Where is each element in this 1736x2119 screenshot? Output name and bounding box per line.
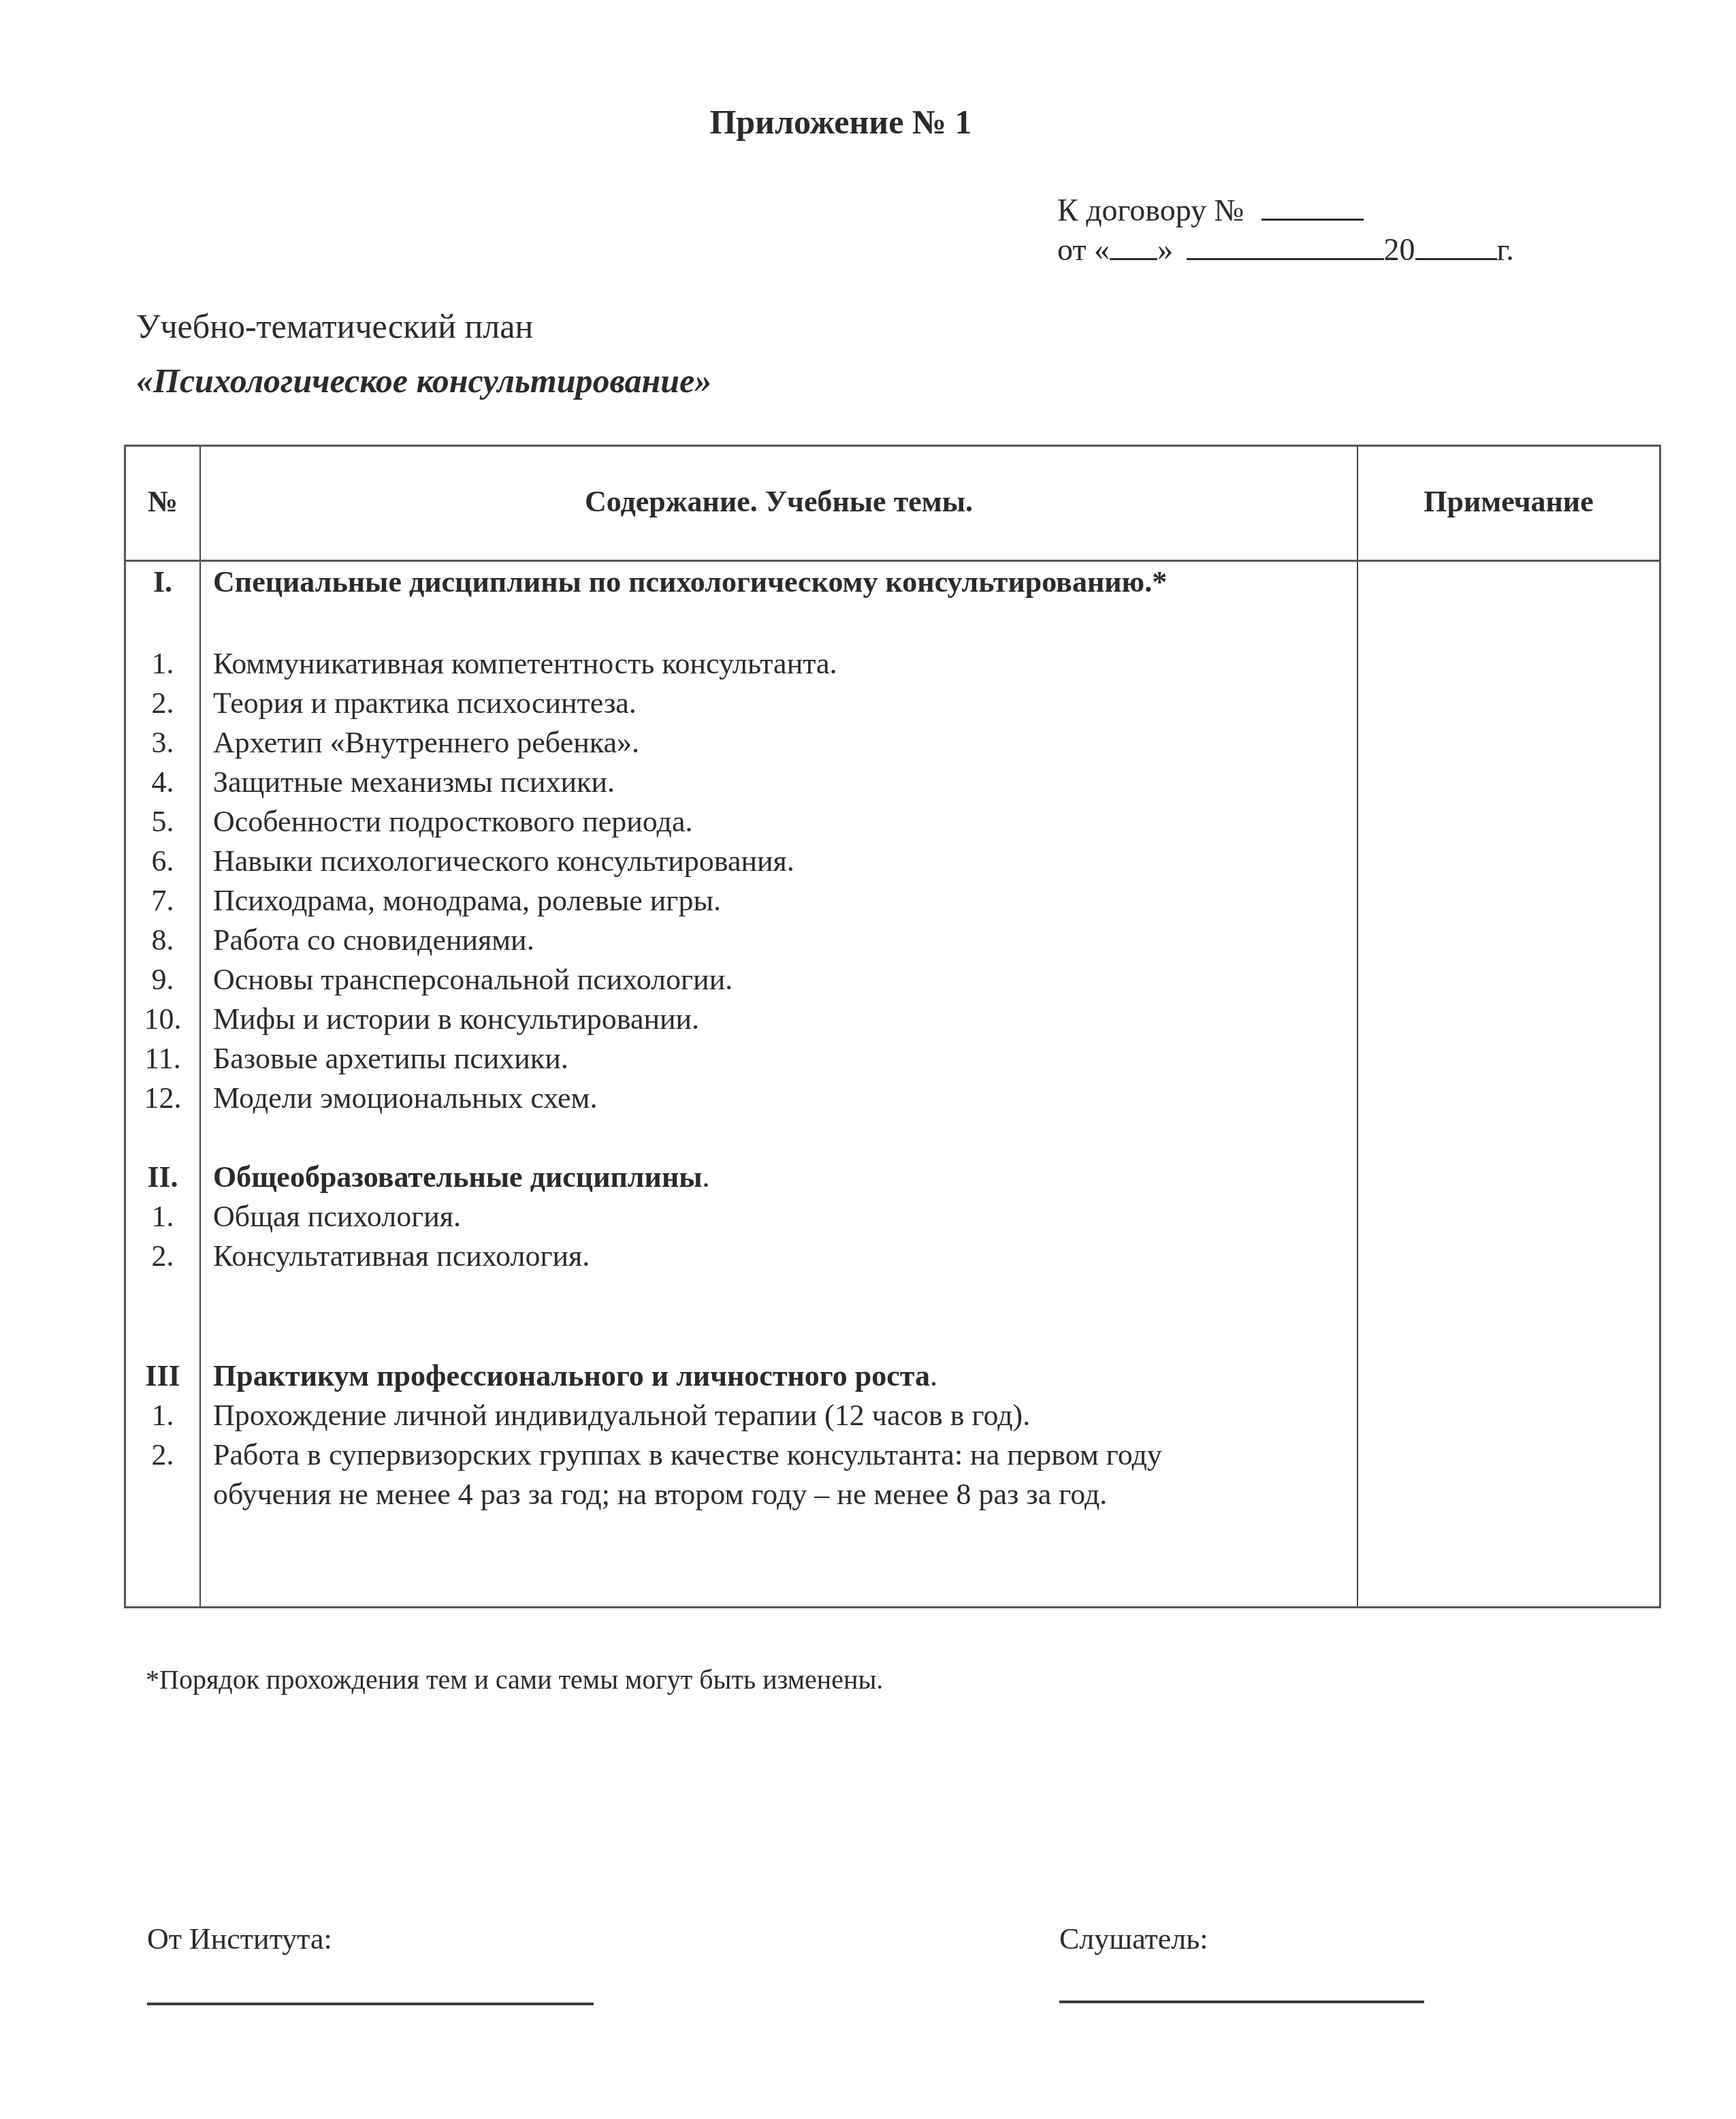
institute-signature-label: От Института: [147,1922,332,1956]
topic-number: 5. [126,802,199,842]
footnote: *Порядок прохождения тем и сами темы мог… [146,1663,883,1695]
topic-row: 1.Прохождение личной индивидуальной тера… [126,1396,1659,1435]
topic-text: обучения не менее 4 раз за год; на второ… [213,1475,1107,1514]
topic-number: 1. [126,1197,199,1237]
section-row: I. Специальные дисциплины по психологиче… [126,562,1659,602]
section-title: Специальные дисциплины по психологическо… [213,562,1167,602]
topic-row: 4.Защитные механизмы психики. [126,763,1659,802]
contract-month-blank[interactable] [1187,236,1384,260]
section-title-suffix: . [703,1160,710,1194]
topic-number: 8. [126,921,199,960]
topic-text: Навыки психологического консультирования… [213,842,794,881]
section-number: III [126,1356,199,1396]
topic-text: Мифы и истории в консультировании. [213,1000,699,1039]
topic-row: 2.Теория и практика психосинтеза. [126,684,1659,723]
topic-number: 9. [126,960,199,1000]
topic-number: 2. [126,684,199,723]
topic-number: 7. [126,881,199,921]
header-number: № [126,484,199,519]
listener-signature-label: Слушатель: [1059,1922,1208,1956]
header-divider [126,560,1659,562]
topic-row: 7.Психодрама, монодрама, ролевые игры. [126,881,1659,921]
contract-year-blank[interactable] [1415,236,1497,260]
topic-text: Общая психология. [213,1197,461,1237]
topic-text: Основы трансперсональной психологии. [213,960,733,1000]
topic-text: Работа в супервизорских группах в качест… [213,1435,1162,1475]
contract-date-line: от «» 20г. [1057,230,1514,270]
section-row: II. Общеобразовательные дисциплины. [126,1158,1659,1197]
section-number: I. [126,562,199,602]
topic-row: 11.Базовые архетипы психики. [126,1039,1659,1079]
contract-year-suffix: г. [1497,232,1514,267]
topic-number: 4. [126,763,199,802]
topic-number: 1. [126,1396,199,1435]
contract-number-line: К договору № [1057,191,1514,230]
topic-row: 6.Навыки психологического консультирован… [126,842,1659,881]
topic-number: 6. [126,842,199,881]
contract-number-label: К договору № [1057,193,1244,227]
topic-text: Коммуникативная компетентность консульта… [213,644,837,684]
section-number: II. [126,1158,199,1197]
topic-number: 2. [126,1435,199,1475]
topic-number: 3. [126,723,199,763]
institute-signature-line[interactable] [147,2003,594,2005]
topic-row: 5.Особенности подросткового периода. [126,802,1659,842]
topic-text: Работа со сновидениями. [213,921,534,960]
topic-text: Консультативная психология. [213,1237,590,1276]
topic-row: 2.Консультативная психология. [126,1237,1659,1276]
topic-row: 9.Основы трансперсональной психологии. [126,960,1659,1000]
header-content: Содержание. Учебные темы. [201,484,1357,519]
topic-number: 11. [126,1039,199,1079]
topic-number: 10. [126,1000,199,1039]
topic-number: 2. [126,1237,199,1276]
topic-text: Теория и практика психосинтеза. [213,684,637,723]
topic-text: Модели эмоциональных схем. [213,1079,597,1118]
contract-reference: К договору № от «» 20г. [1057,191,1514,270]
contract-year-prefix: 20 [1384,232,1415,267]
topic-row: 1.Общая психология. [126,1197,1659,1237]
topic-text: Особенности подросткового периода. [213,802,693,842]
topic-row: 3.Архетип «Внутреннего ребенка». [126,723,1659,763]
document-title: Приложение № 1 [0,102,1682,142]
listener-signature-line[interactable] [1059,2001,1424,2003]
plan-name: «Психологическое консультирование» [136,360,711,402]
topic-row: 12.Модели эмоциональных схем. [126,1079,1659,1118]
section-title: Общеобразовательные дисциплины [213,1160,703,1194]
topic-row: 8.Работа со сновидениями. [126,921,1659,960]
topic-row: 1.Коммуникативная компетентность консуль… [126,644,1659,684]
contract-number-blank[interactable] [1261,197,1364,221]
topic-number: 1. [126,644,199,684]
topic-row-continuation: обучения не менее 4 раз за год; на второ… [126,1475,1659,1514]
contract-day-blank[interactable] [1110,236,1157,260]
contract-date-close-quote: » [1157,232,1173,267]
section-title: Практикум профессионального и личностног… [213,1359,930,1392]
section-row: III Практикум профессионального и личнос… [126,1356,1659,1396]
header-note: Примечание [1358,484,1659,519]
topic-text: Психодрама, монодрама, ролевые игры. [213,881,721,921]
topic-text: Базовые архетипы психики. [213,1039,568,1079]
plan-title: Учебно-тематический план [136,305,533,347]
topic-row: 2.Работа в супервизорских группах в каче… [126,1435,1659,1475]
topic-text: Архетип «Внутреннего ребенка». [213,723,639,763]
curriculum-table: № Содержание. Учебные темы. Примечание I… [124,445,1661,1608]
topic-row: 10.Мифы и истории в консультировании. [126,1000,1659,1039]
contract-date-open-quote: от « [1057,232,1110,267]
topic-text: Защитные механизмы психики. [213,763,615,802]
section-title-suffix: . [930,1359,937,1392]
topic-text: Прохождение личной индивидуальной терапи… [213,1396,1030,1435]
topic-number: 12. [126,1079,199,1118]
